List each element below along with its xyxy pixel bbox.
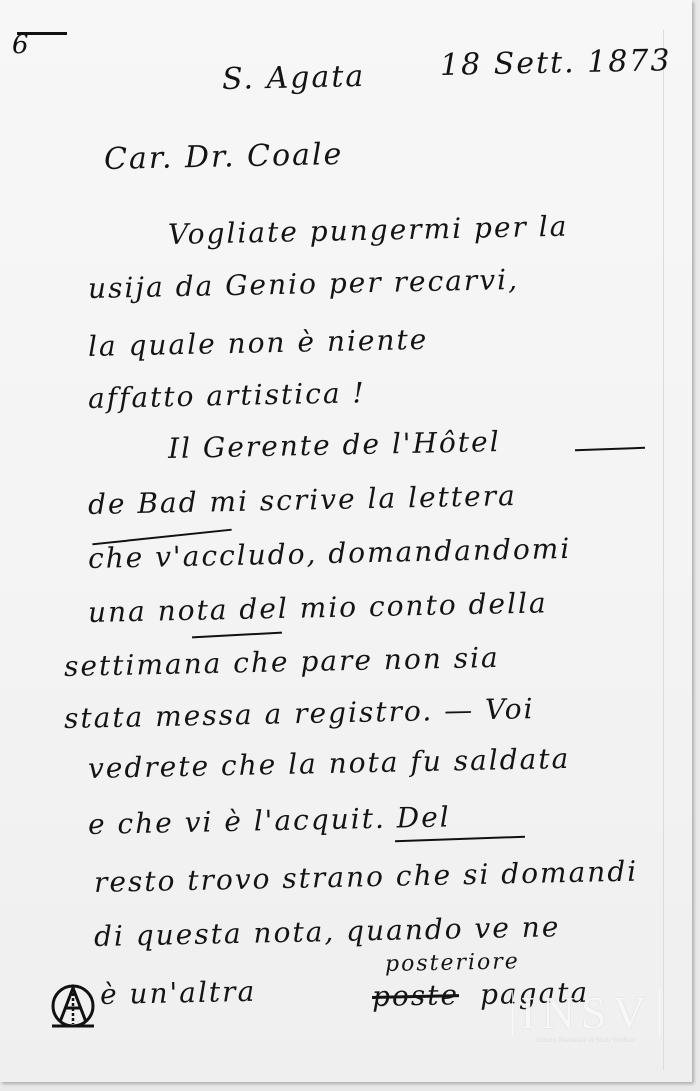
body-line-9: settimana che pare non sia [64, 641, 500, 683]
body-line-3: la quale non è niente [88, 323, 429, 363]
archive-watermark: INSV Istituto Nazionale di Studi Verdian… [512, 990, 660, 1050]
body-line-10: stata messa a registro. — Voi [64, 692, 535, 735]
body-line-2: usija da Genio per recarvi, [88, 263, 520, 305]
underline-acquit [395, 836, 525, 843]
body-line-7: che v'accludo, domandandomi [88, 532, 572, 575]
sheet-edge [663, 30, 664, 1070]
body-line-5: Il Gerente de l'Hôtel [168, 425, 501, 465]
folio-number: 6 [12, 30, 29, 60]
salutation: Car. Dr. Coale [104, 137, 344, 177]
body-line-11: vedrete che la nota fu saldata [88, 742, 571, 785]
body-line-4: affatto artistica ! [88, 376, 366, 415]
struck-word: poste [372, 978, 460, 1013]
body-line-15: è un'altra [100, 975, 257, 1011]
watermark-logo: INSV [512, 990, 660, 1036]
letter-place: S. Agata [222, 59, 366, 97]
body-line-6: de Bad mi scrive la lettera [88, 479, 517, 521]
body-line-13: resto trovo strano che si domandi [94, 855, 639, 899]
body-line-12: e che vi è l'acquit. Del [88, 800, 451, 841]
monogram-stamp-icon [48, 982, 98, 1030]
letter-date: 18 Sett. 1873 [440, 43, 672, 83]
inserted-word: posteriore [385, 949, 520, 977]
letter-page: 6 S. Agata 18 Sett. 1873 Car. Dr. Coale … [0, 0, 692, 1082]
underline-hotel [575, 447, 645, 451]
underline-nota [192, 632, 282, 639]
body-line-1: Vogliate pungermi per la [168, 210, 569, 251]
body-line-14: di questa nota, quando ve ne [94, 910, 561, 953]
body-line-8: una nota del mio conto della [88, 586, 548, 629]
